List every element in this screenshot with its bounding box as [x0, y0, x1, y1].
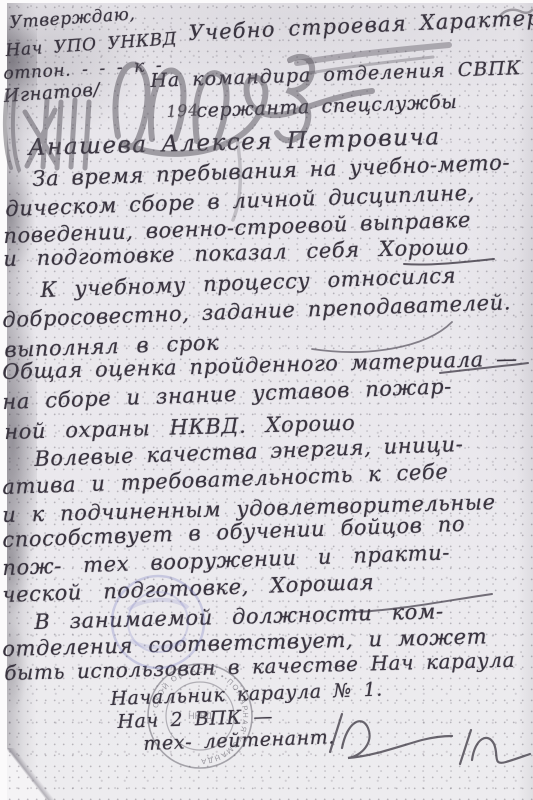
- scanned-document-page: Утверждаю, Нач УПО УНКВД отпон. - - - к …: [0, 0, 533, 800]
- approval-year: 194: [166, 100, 199, 121]
